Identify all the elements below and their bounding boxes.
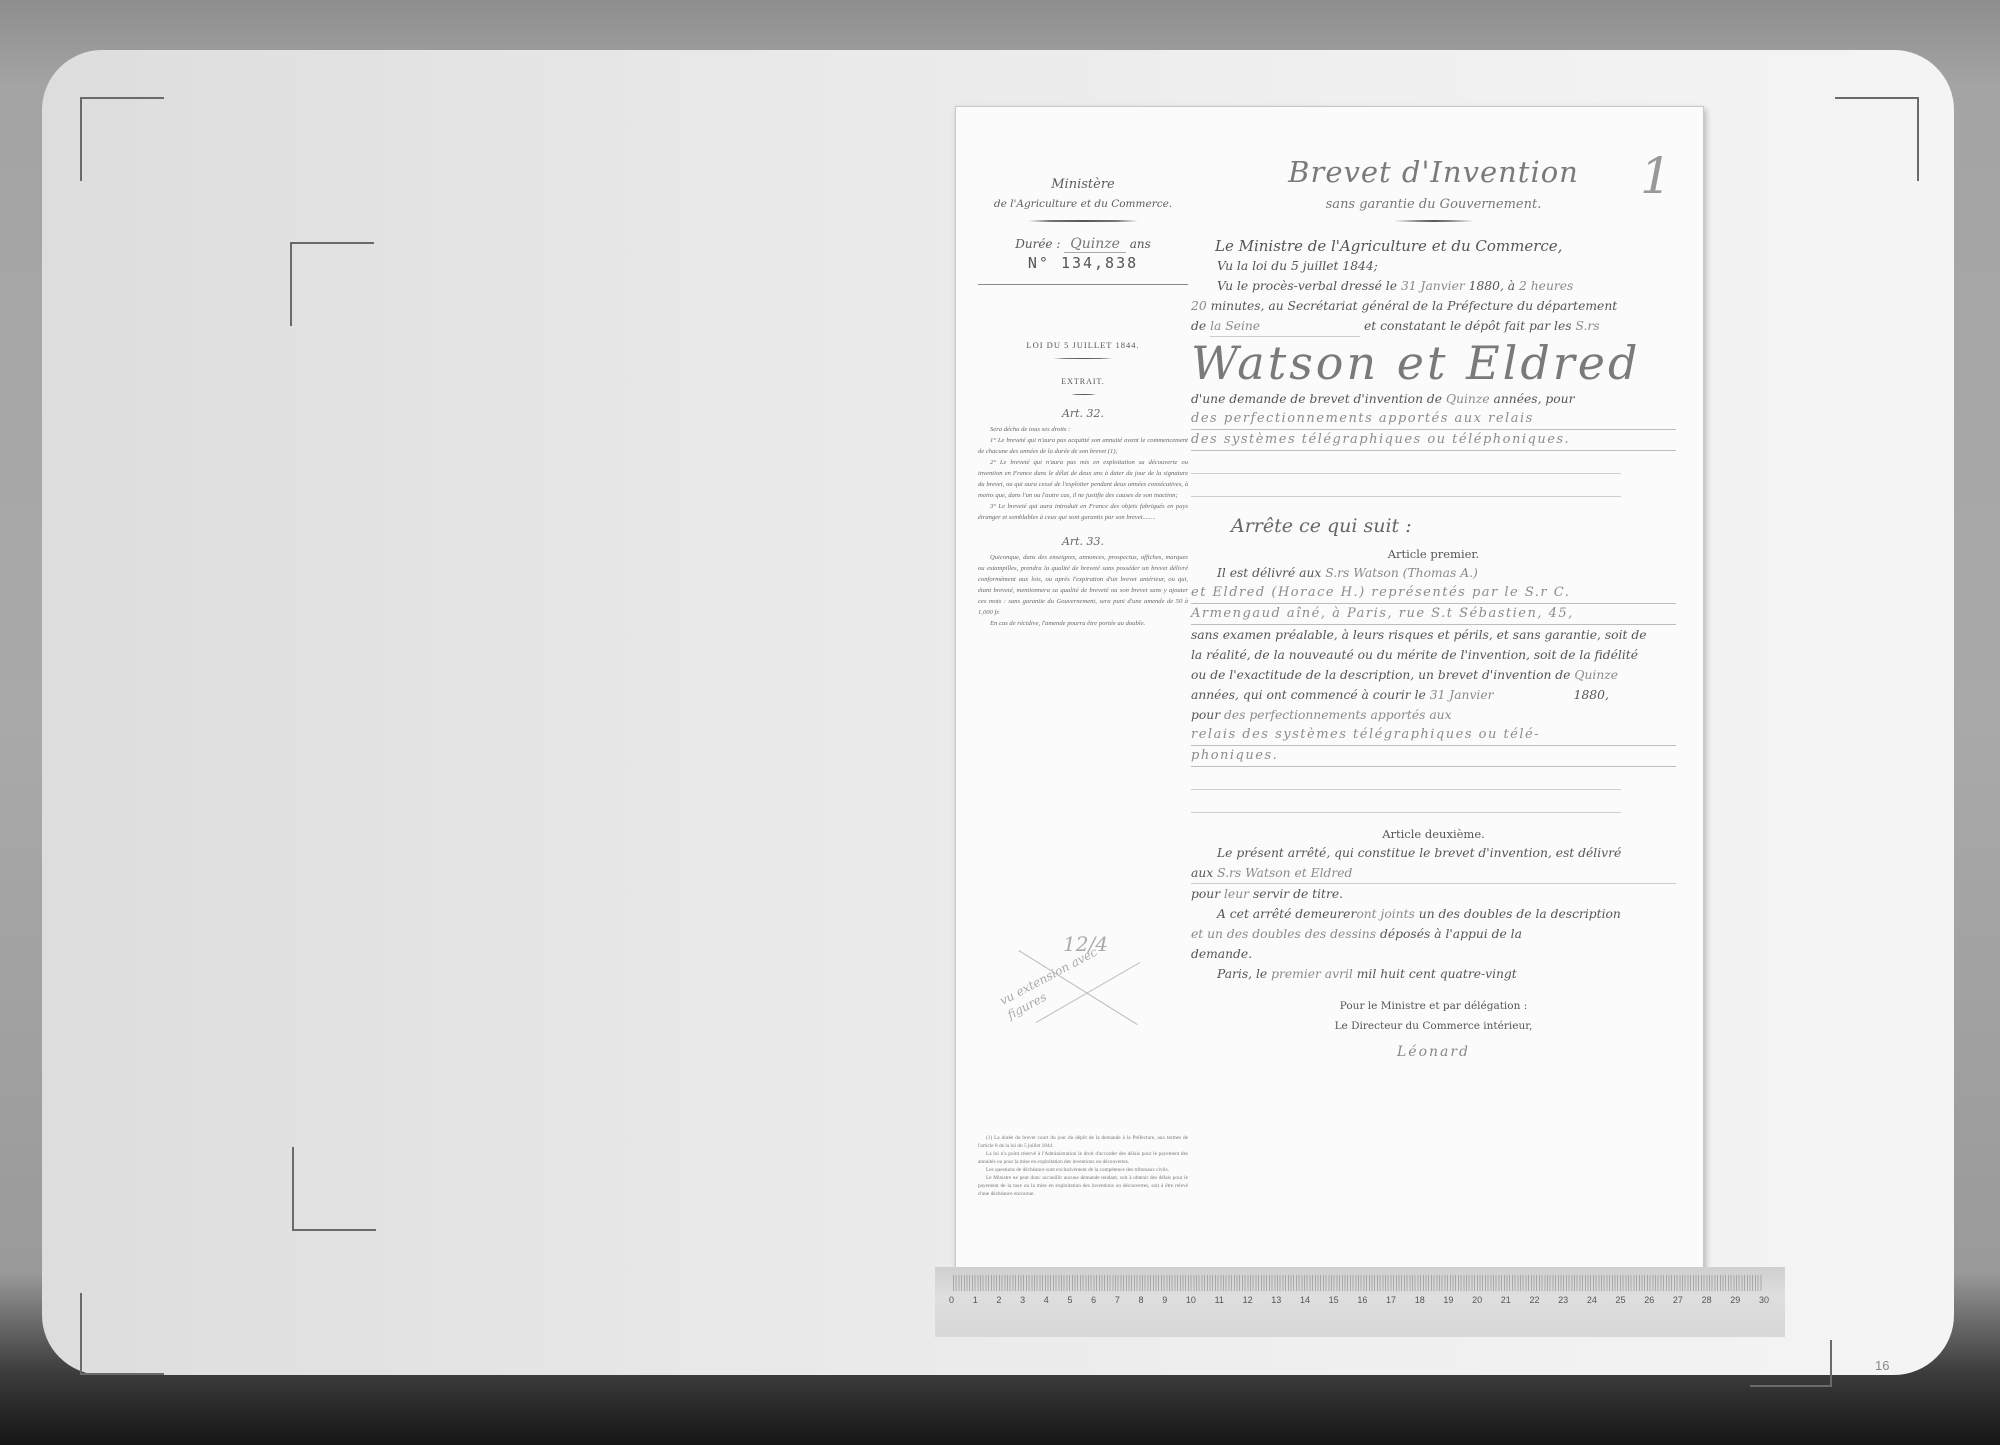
crop-mark-inner-bottom-left	[292, 1147, 376, 1231]
director-line: Le Directeur du Commerce intérieur,	[1191, 1016, 1676, 1036]
blank-line	[1191, 474, 1621, 497]
proces-verbal-date: 31 Janvier	[1401, 279, 1465, 293]
crop-mark-bottom-left	[80, 1293, 164, 1375]
demand-duration: Quinze	[1446, 392, 1490, 406]
proces-verbal-line: Vu le procès-verbal dressé le 31 Janvier…	[1191, 276, 1676, 296]
ruler-ticks	[953, 1275, 1763, 1291]
signature-block: Pour le Ministre et par délégation : Le …	[1191, 996, 1676, 1036]
ornament-divider	[1053, 358, 1113, 359]
art32-title: Art. 32.	[978, 407, 1188, 420]
law-paragraph: 3° Le breveté qui aura introduit en Fran…	[978, 501, 1188, 523]
crop-mark-inner-top-left	[290, 242, 374, 326]
ministry-subtitle: de l'Agriculture et du Commerce.	[978, 198, 1188, 210]
footnotes: (1) La durée du brevet court du jour du …	[978, 1134, 1188, 1198]
law-paragraph: 1° Le breveté qui n'aura pas acquitté so…	[978, 435, 1188, 457]
duration-label: Durée :	[1015, 237, 1060, 251]
article-1-body: Il est délivré aux S.rs Watson (Thomas A…	[1191, 563, 1676, 813]
blank-line	[1191, 790, 1621, 813]
art33-text: Quiconque, dans des enseignes, annonces,…	[978, 552, 1188, 629]
patent-document: Ministère de l'Agriculture et du Commerc…	[955, 106, 1704, 1277]
blank-line	[1191, 451, 1621, 474]
applicants-names: Watson et Eldred	[1191, 337, 1676, 389]
article-2-title: Article deuxième.	[1191, 827, 1676, 841]
document-title: Brevet d'Invention	[1191, 155, 1676, 189]
art33-title: Art. 33.	[978, 535, 1188, 548]
article-1-title: Article premier.	[1191, 547, 1676, 561]
footnote-paragraph: Le Ministre ne peut donc accueillir aucu…	[978, 1174, 1188, 1198]
ministry-title: Ministère	[978, 177, 1188, 192]
vu-loi-line: Vu la loi du 5 juillet 1844;	[1191, 256, 1676, 276]
crop-mark-top-right	[1835, 97, 1919, 181]
date-line: Paris, le premier avril mil huit cent qu…	[1191, 964, 1676, 984]
law-paragraph: Quiconque, dans des enseignes, annonces,…	[978, 552, 1188, 618]
article-2-body: Le présent arrêté, qui constitue le brev…	[1191, 843, 1676, 984]
department-line: de la Seine et constatant le dépôt fait …	[1191, 316, 1676, 337]
ornament-divider	[1394, 220, 1474, 222]
signature: Léonard	[1191, 1044, 1676, 1060]
invention-title-line-1: des perfectionnements apportés aux relai…	[1191, 409, 1676, 430]
footnote-paragraph: (1) La durée du brevet court du jour du …	[978, 1134, 1188, 1150]
crop-mark-top-left	[80, 97, 164, 181]
left-column: Ministère de l'Agriculture et du Commerc…	[978, 177, 1188, 629]
patent-number: N° 134,838	[978, 254, 1188, 272]
duration-unit: ans	[1130, 237, 1151, 251]
minutes-line: 20 minutes, au Secrétariat général de la…	[1191, 296, 1676, 316]
law-title: LOI DU 5 JUILLET 1844.	[978, 340, 1188, 350]
number-value: 134,838	[1061, 254, 1138, 272]
right-column: Brevet d'Invention sans garantie du Gouv…	[1191, 155, 1676, 1060]
law-paragraph: Sera déchu de tous ses droits :	[978, 424, 1188, 435]
blank-line	[1191, 767, 1621, 790]
ornament-divider	[1028, 220, 1138, 222]
minister-line: Le Ministre de l'Agriculture et du Comme…	[1191, 236, 1676, 256]
extract-label: EXTRAIT.	[978, 377, 1188, 386]
duration-value: Quinze	[1064, 236, 1126, 253]
invention-title-line-2: des systèmes télégraphiques ou téléphoni…	[1191, 430, 1676, 451]
delegation-line: Pour le Ministre et par délégation :	[1191, 996, 1676, 1016]
ruler-labels: 0 1 2 3 4 5 6 7 8 9 10 11 12 13 14 15 16…	[949, 1295, 1769, 1305]
crop-mark-bottom-right	[1750, 1340, 1832, 1387]
document-subtitle: sans garantie du Gouvernement.	[1191, 197, 1676, 212]
art32-text: Sera déchu de tous ses droits : 1° Le br…	[978, 424, 1188, 523]
proces-verbal-hour: 2 heures	[1519, 279, 1573, 293]
demand-line: d'une demande de brevet d'invention de Q…	[1191, 389, 1676, 409]
law-paragraph: En cas de récidive, l'amende pourra être…	[978, 618, 1188, 629]
number-label: N°	[1028, 254, 1050, 272]
scan-page-marker: 16	[1875, 1358, 1889, 1373]
duration-field: Durée : Quinze ans	[978, 236, 1188, 252]
ornament-divider	[1071, 394, 1096, 395]
arrete-heading: Arrête ce qui suit :	[1231, 515, 1676, 537]
law-paragraph: 2° Le breveté qui n'aura pas mis en expl…	[978, 457, 1188, 501]
divider	[978, 284, 1188, 285]
footnote-paragraph: La loi n'a point réservé à l'Administrat…	[978, 1150, 1188, 1166]
footnote-paragraph: Les questions de déchéance sont exclusiv…	[978, 1166, 1188, 1174]
department-value: la Seine	[1210, 316, 1360, 337]
measurement-ruler: 0 1 2 3 4 5 6 7 8 9 10 11 12 13 14 15 16…	[935, 1267, 1785, 1337]
preamble: Le Ministre de l'Agriculture et du Comme…	[1191, 236, 1676, 497]
